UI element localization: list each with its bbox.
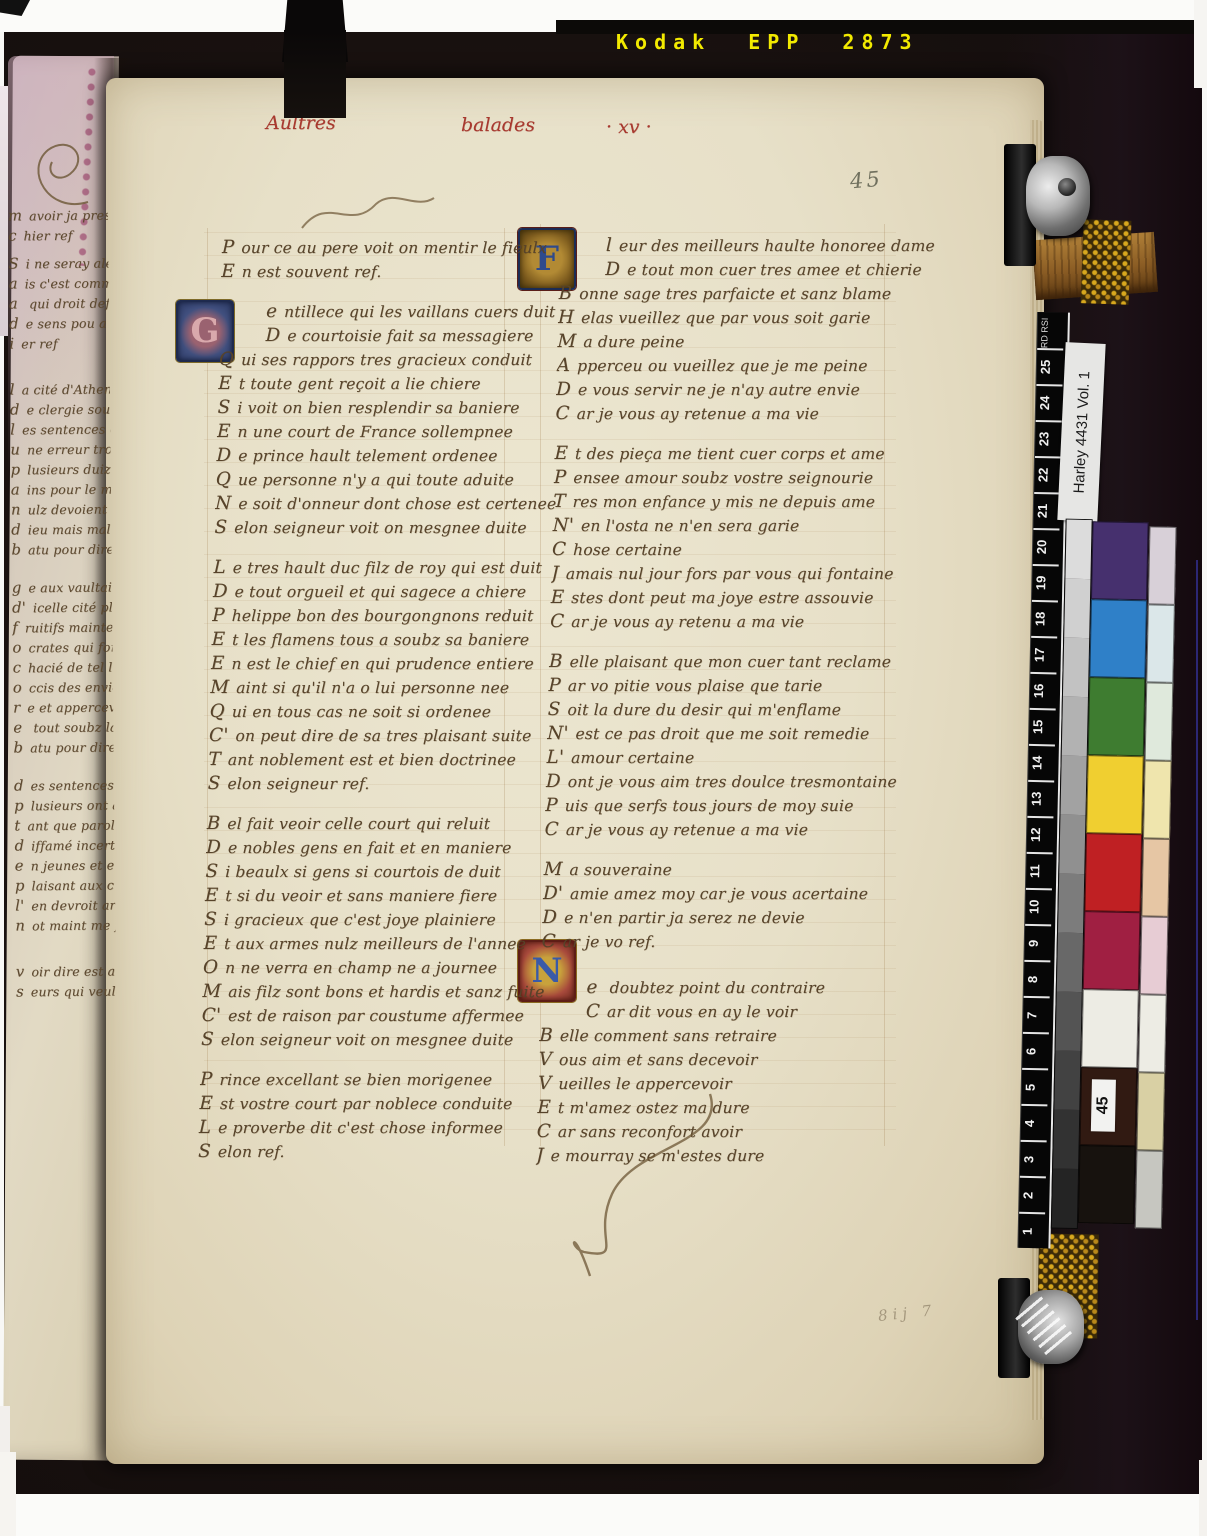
ruler-cell: 16 [1030,672,1061,709]
ruler-number: 10 [1026,892,1053,923]
ruler-tick [1032,600,1058,603]
verse-fragment: not maint me fauld [15,915,115,936]
color-patch [1089,599,1147,678]
ruler-tick [1025,924,1051,927]
verse-fragment: nulz devoient savoir [11,499,111,520]
color-patch [1091,521,1149,600]
ruler-tick [1030,672,1056,675]
verse-fragment: a qui droit deffendre [9,293,109,314]
color-patch [1084,833,1142,912]
ruler-number: 24 [1037,388,1064,419]
ruler-tick [1029,744,1055,747]
gray-step [1056,992,1082,1052]
shelfmark-text: Harley 4431 Vol. 1 [1070,370,1093,493]
verse-fragment: une erreur trop vilaine [10,439,110,460]
folio-tag: 45 [1091,1079,1116,1131]
ruler-number: 12 [1028,820,1055,851]
folio-number: 45 [849,167,884,194]
page-clip-hole [1058,178,1076,196]
ruler-number: 20 [1034,532,1061,563]
color-patch-pale [1141,838,1170,917]
ruler-number: 7 [1024,1000,1051,1031]
ruler-number: 13 [1028,784,1055,815]
verse-line: Car dit vous en ay le voir [586,1000,921,1024]
gray-step [1062,697,1088,757]
ruler-tick [1034,492,1060,495]
ruler-tick [1036,420,1062,423]
verse-line: Pensee amour soubz vostre seignourie [554,466,935,490]
color-patch [1086,755,1144,834]
ruler-number: 14 [1029,748,1056,779]
verse-line: De vous servir ne je n'ay autre envie [556,378,937,402]
ruler-cell: 9 [1024,924,1055,961]
verse-fragment: occis des envieux [13,677,113,698]
verse-line: Tres mon enfance y mis ne depuis ame [553,490,934,514]
ruler-tick [1027,852,1053,855]
ruler-cell: 15 [1029,708,1060,745]
ruler-cell: 6 [1022,1032,1053,1069]
ruler-number: 17 [1032,640,1059,671]
gray-step [1054,1051,1080,1111]
film-edge-right-lower [1199,1460,1207,1536]
verse-line: Bonne sage tres parfaicte et sanz blame [558,282,939,306]
pen-flourish-descender [560,1090,780,1290]
verse-line: Belle plaisant que mon cuer tant reclame [549,650,930,674]
verse-fragment: la cité d'Athenes [10,379,110,400]
manuscript-photo: Kodak EPP 2873 Aultres balades · xv · 45… [0,0,1207,1536]
ruler-cell: 13 [1027,780,1058,817]
verse-fragment: en jeunes et en vieulx [15,855,115,876]
verse-fragment: ier ref [9,333,109,354]
ruler-tick [1033,564,1059,567]
film-artifact-line [1196,560,1198,1320]
film-corner [0,1452,16,1536]
verse-fragment: d'icelle cité plaine [12,597,112,618]
gray-step [1063,638,1089,698]
ruler-number: 19 [1033,568,1060,599]
ruler-cell: 17 [1030,636,1061,673]
color-calibration-bar: RD RSI 25 24 23 22 21 [1018,312,1184,1255]
verse-line: Vous aim et sans decevoir [538,1048,919,1072]
ruler-number: 25 [1038,352,1065,383]
ruler-tick [1020,1176,1046,1179]
verse-line: Helas vueillez que par vous soit garie [558,306,939,330]
ruler-tick [1037,348,1063,351]
verse-fragment: diffamé incertaine [14,835,114,856]
ruler-tick [1036,384,1062,387]
color-patch-pale [1135,1150,1164,1229]
gray-step [1065,520,1091,580]
verse-line: D'amie amez moy car je vous acertaine [543,882,924,906]
color-patch [1081,989,1139,1068]
text-column-right: leur des meilleurs haulte honoree dameDe… [536,234,940,1168]
verse-line: Car je vous ay retenu a ma vie [550,610,931,634]
verse-line: De tout mon cuer tres amee et chierie [605,258,940,282]
film-edge-bottom [0,1494,1207,1536]
folio-tag-text: 45 [1094,1096,1112,1114]
verse-fragment: ocrates qui fontaine [12,637,112,658]
header-word-balades: balades [461,114,535,136]
verse-fragment: re et appercevoir [13,697,113,718]
ruler-number: 3 [1021,1144,1048,1175]
verse-fragment: fruitifs maintes pei [12,617,112,638]
verse-line: Jamais nul jour fors par vous qui fontai… [551,562,932,586]
shelfmark-label: Harley 4431 Vol. 1 [1057,342,1105,522]
verse-fragment: batu pour dire voir [13,737,113,758]
ruler-number: 11 [1027,856,1054,887]
header-word-numeral: · xv · [606,116,652,138]
verse-line: Car je vo ref. [541,930,922,954]
ruler-number: 18 [1032,604,1059,635]
ruler-cell: 20 [1033,528,1064,565]
verse-line: L'amour certaine [546,746,927,770]
gray-step [1057,933,1083,993]
ruler-tick [1027,816,1053,819]
ruler-number: 23 [1036,424,1063,455]
film-edge-left [0,86,8,336]
verse-fragment: plaisant aux curieux [15,875,115,896]
ruler-tick [1022,1068,1048,1071]
ruler-number: 1 [1019,1216,1046,1247]
gray-step [1052,1169,1078,1229]
ruler-cell: 7 [1023,996,1054,1033]
verse-line: N'en l'osta ne n'en sera garie [552,514,933,538]
color-patch-pale [1148,526,1177,605]
ruler-number: 15 [1030,712,1057,743]
verso-text-fragments: mavoir ja pres qu'en defchier refSi ne s… [8,205,116,1002]
verse-line: Et des pieça me tient cuer corps et ame [554,442,935,466]
ruler-cell: 11 [1026,852,1057,889]
ruler-cell: 3 [1020,1140,1051,1177]
color-patch [1078,1145,1136,1224]
verse-line: leur des meilleurs haulte honoree dame [606,234,941,258]
verse-line: Dont je vous aim tres doulce tresmontain… [546,770,927,794]
color-patch-pale [1143,760,1172,839]
ruler-cell: 14 [1028,744,1059,781]
verse-fragment: batu pour dire voir [11,539,111,560]
ruler-number: 6 [1023,1036,1050,1067]
film-edge-right [1194,0,1207,88]
verse-line: Soit la dure du desir qui m'enflame [547,698,928,722]
ruler-number: 2 [1020,1180,1047,1211]
backdrop-strap [284,30,346,118]
gray-step [1058,874,1084,934]
ruler-cell: 8 [1024,960,1055,997]
ruler-tick [1021,1104,1047,1107]
ruler-tick [1033,528,1059,531]
verse-line: Car je vous ay retenue a ma vie [544,818,925,842]
ruler-number: 16 [1031,676,1058,707]
gray-step [1060,756,1086,816]
ruler-tick [1023,1032,1049,1035]
ruler-tick [1019,1212,1045,1215]
ruler-tick [1031,636,1057,639]
gray-step [1059,815,1085,875]
ruler-tick [1026,888,1052,891]
color-patch [1088,677,1146,756]
film-brand-label: Kodak EPP 2873 [616,30,1176,56]
ruler-cell: 5 [1021,1068,1052,1105]
ruler-cell: 12 [1027,816,1058,853]
color-patch-pale [1145,682,1174,761]
ruler-tick [1035,456,1061,459]
ruler-number: 5 [1022,1072,1049,1103]
pen-flourish-squiggle [298,188,438,238]
ruler-cell: 1 [1018,1212,1049,1249]
verse-fragment: plusieurs duiz dete [10,459,110,480]
ruler-cell: 18 [1031,600,1062,637]
ruler-cell: 25 [1036,348,1067,385]
verse-fragment: plusieurs ont attai [14,795,114,816]
verse-fragment: ais c'est commune ch [9,273,109,294]
verse-line: Ma souveraine [543,858,924,882]
ruler-title: RD RSI [1039,314,1066,349]
gray-step [1053,1110,1079,1170]
verse-fragment: de sens pou a duite [9,313,109,334]
verse-fragment: dieu mais mal en p [11,519,111,540]
verse-fragment: Si ne seray alentie [8,253,108,274]
verse-line: e doubtez point du contraire [586,976,921,1000]
initial-letter: G [190,311,219,351]
ruler-cell: 10 [1025,888,1056,925]
verse-line: Car je vous ay retenue a ma vie [555,402,936,426]
verse-fragment: chier ref [8,225,108,246]
verse-line: De n'en partir ja serez ne devie [542,906,923,930]
verse-fragment: tant que paroles et bo [14,815,114,836]
ruler-number: 8 [1025,964,1052,995]
verse-fragment: seurs qui veulent de [16,981,116,1002]
verse-line: Ma dure peine [557,330,938,354]
verse-line: Estes dont peut ma joye estre assouvie [550,586,931,610]
gray-step [1064,579,1090,639]
ruler-tick [1024,996,1050,999]
verse-fragment: ains pour le meilh [11,479,111,500]
verse-fragment: les sentences certaines [10,419,110,440]
ruler-cell: 19 [1032,564,1063,601]
page-clip-top [1026,156,1090,236]
color-patch-pale [1140,916,1169,995]
verse-fragment: l'en devroit ardoir [15,895,115,916]
verse-line: Puis que serfs tous jours de moy suie [545,794,926,818]
ruler-number: 4 [1022,1108,1049,1139]
ruler-tick [1028,780,1054,783]
verse-fragment: chacié de tel lieux [13,657,113,678]
verse-line: N'est ce pas droit que me soit remedie [547,722,928,746]
ruler-cell: 4 [1021,1104,1052,1141]
verse-fragment: de clergie souveraine [10,399,110,420]
color-patch-pale [1146,604,1175,683]
verse-fragment: e tout soubz la [13,717,113,738]
pen-flourish-spiral [18,130,108,220]
verse-fragment: ge aux vaultaines [12,577,112,598]
ruler-tick [1030,708,1056,711]
color-patch-pale [1138,994,1167,1073]
ruler-tick [1021,1140,1047,1143]
verse-line: Chose certaine [552,538,933,562]
ruler-cell: 2 [1019,1176,1050,1213]
verse-line: Belle comment sans retraire [539,1024,920,1048]
verse-line: Par vo pitie vous plaise que tarie [548,674,929,698]
ruler-tick [1024,960,1050,963]
gilt-gauffered-edge-top [1081,219,1132,305]
verse-fragment: des sentences mondai [14,775,114,796]
ruler-number: 9 [1025,928,1052,959]
verse-fragment: voir dire est amen [16,961,116,982]
color-patch [1083,911,1141,990]
color-patch-pale [1136,1072,1165,1151]
verse-line: Apperceu ou vueillez que je me peine [556,354,937,378]
